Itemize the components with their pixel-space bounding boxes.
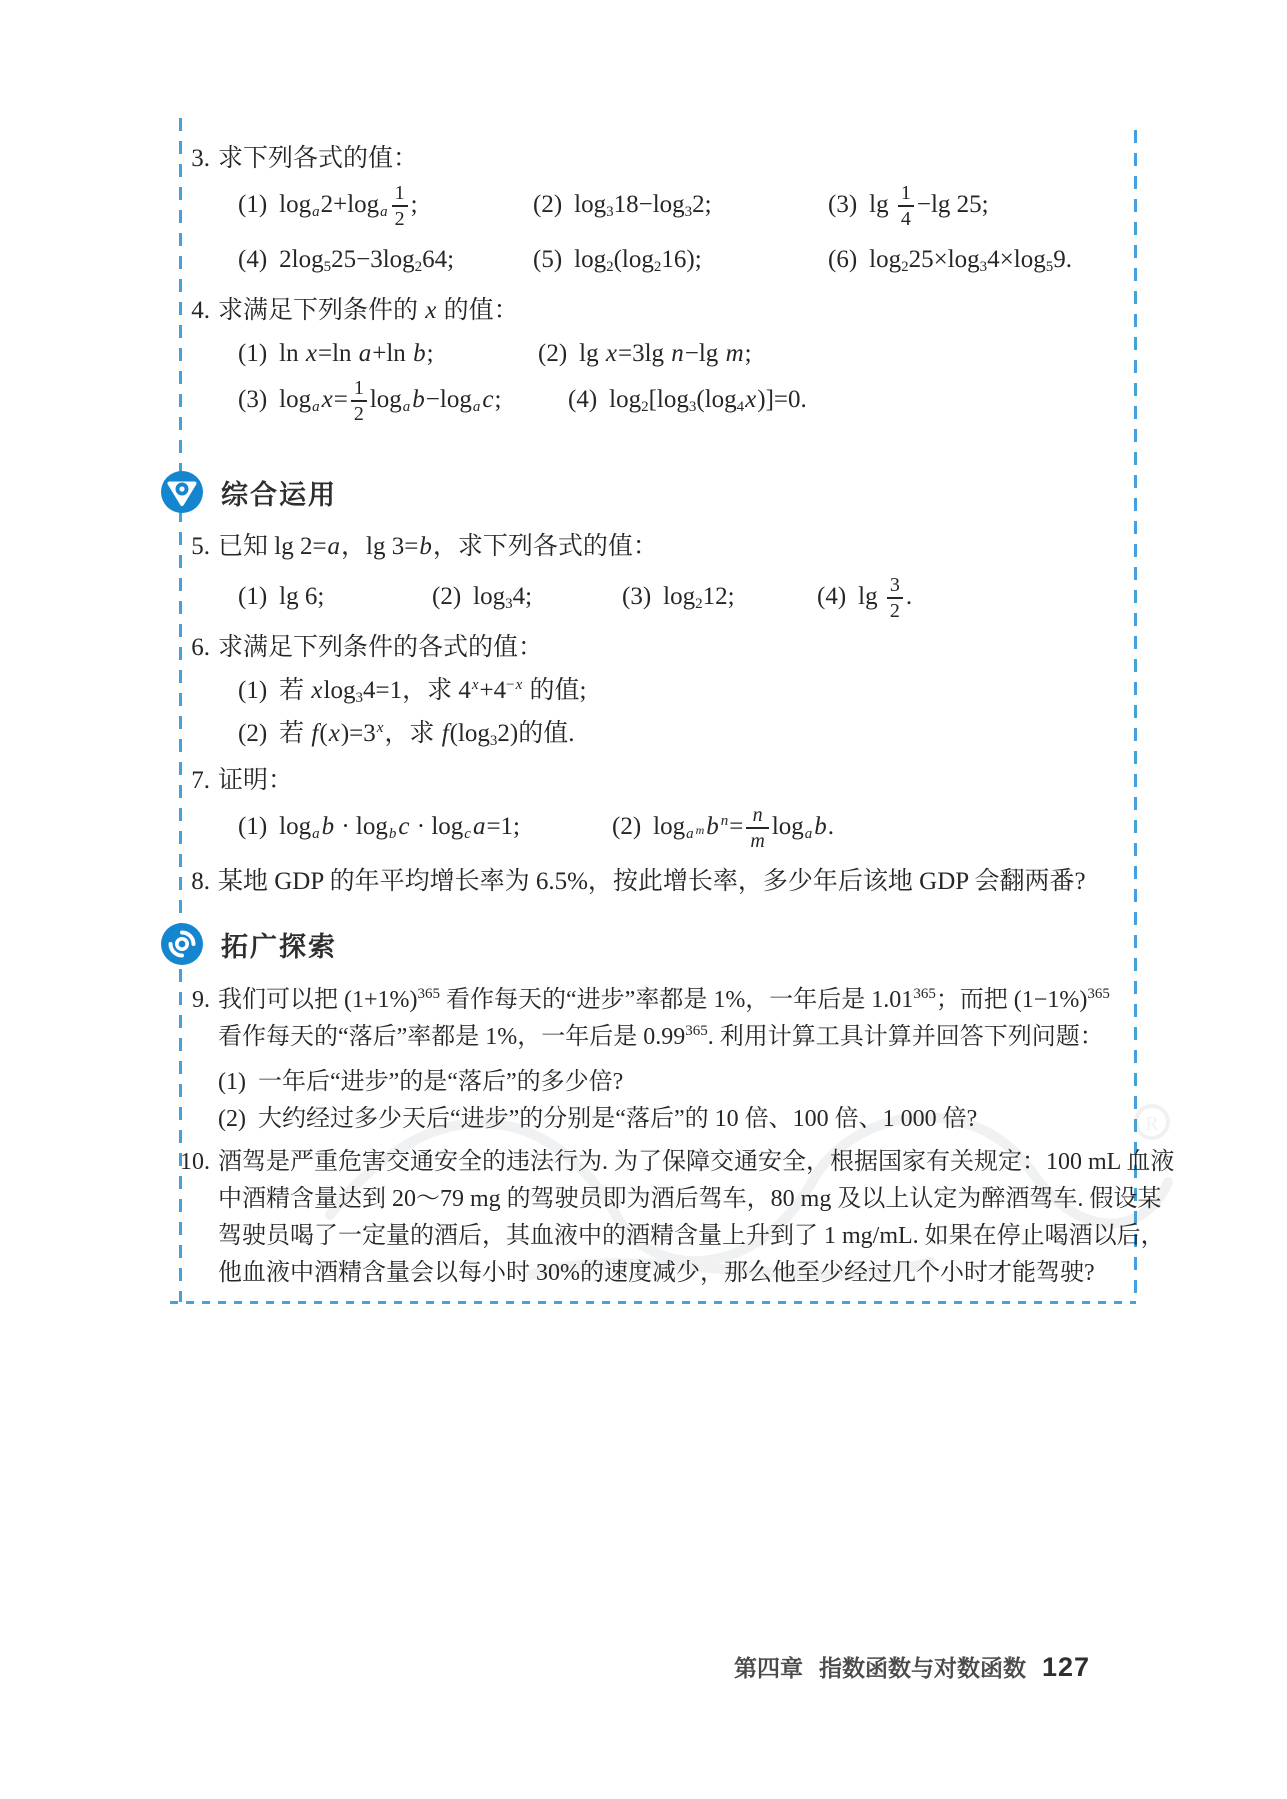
problem-number: 4.: [180, 292, 210, 329]
problem-number: 10.: [180, 1144, 210, 1181]
problem-number: 7.: [180, 762, 210, 799]
item-label: (6): [828, 246, 857, 273]
item-label: (1): [238, 340, 267, 367]
problem-number: 9.: [180, 982, 210, 1019]
item-label: (1): [238, 813, 267, 840]
item-formula: ln x=ln a+ln b;: [279, 340, 433, 367]
item-label: (2): [533, 191, 562, 218]
math-item: (2)lg x=3lg n−lg m;: [538, 335, 752, 372]
item-label: (1): [238, 191, 267, 218]
math-item: (4)lg 32.: [817, 575, 912, 621]
item-formula: log34;: [473, 583, 532, 610]
problem-number: 6.: [180, 629, 210, 666]
item-label: (2): [538, 340, 567, 367]
item-row: (1)ln x=ln a+ln b; (2)lg x=3lg n−lg m;: [218, 335, 1132, 372]
sub-item: (1)若 xlog34=1，求 4x+4−x 的值;: [218, 672, 1132, 709]
item-label: (2): [612, 813, 641, 840]
item-row: (1)logab · logbc · logca=1; (2)logambn=n…: [218, 805, 1132, 851]
problem-text-line: 看作每天的“落后”率都是 1%，一年后是 0.99365. 利用计算工具计算并回…: [218, 1019, 1132, 1056]
math-item: (3)logax=12logab−logac;: [238, 378, 568, 424]
item-text: 大约经过多少天后“进步”的分别是“落后”的 10 倍、100 倍、1 000 倍…: [258, 1106, 977, 1132]
sub-item: (2)大约经过多少天后“进步”的分别是“落后”的 10 倍、100 倍、1 00…: [218, 1101, 1132, 1138]
math-item: (3)lg 14−lg 25;: [828, 183, 989, 229]
dashed-border-bottom: [170, 1301, 1136, 1304]
page-footer: 第四章 指数函数与对数函数 127: [734, 1650, 1090, 1683]
item-label: (4): [817, 583, 846, 610]
problem-7: 7. 证明： (1)logab · logbc · logca=1; (2)lo…: [180, 762, 1132, 851]
item-label: (1): [218, 1069, 246, 1095]
problem-text-line: 他血液中酒精含量会以每小时 30%的速度减少，那么他至少经过几个小时才能驾驶?: [218, 1255, 1132, 1292]
section-title: 综合运用: [221, 473, 337, 512]
textbook-page: R 3. 求下列各式的值： (1)loga2+loga12; (2)log318…: [0, 0, 1287, 1799]
item-row: (1)loga2+loga12; (2)log318−log32; (3)lg …: [218, 183, 1132, 229]
problem-4: 4. 求满足下列条件的 x 的值： (1)ln x=ln a+ln b; (2)…: [180, 292, 1132, 424]
sub-item: (2)若 f(x)=3x，求 f(log32)的值.: [218, 715, 1132, 752]
item-label: (5): [533, 246, 562, 273]
page-number: 127: [1042, 1652, 1090, 1683]
sub-item: (1)一年后“进步”的是“落后”的多少倍?: [218, 1064, 1132, 1101]
item-formula: log318−log32;: [574, 191, 711, 218]
item-label: (2): [238, 720, 267, 747]
item-formula: logax=12logab−logac;: [279, 386, 501, 413]
swirl-icon: [160, 922, 204, 966]
item-formula: lg x=3lg n−lg m;: [579, 340, 751, 367]
section-review-problems: 3. 求下列各式的值： (1)loga2+loga12; (2)log318−l…: [180, 140, 1132, 424]
item-row: (3)logax=12logab−logac; (4)log2[log3(log…: [218, 378, 1132, 424]
svg-text:R: R: [1145, 1113, 1159, 1135]
item-formula: lg 32.: [858, 583, 912, 610]
problem-title: 证明：: [218, 767, 293, 794]
item-label: (4): [238, 246, 267, 273]
problem-title: 求满足下列条件的 x 的值：: [218, 297, 519, 324]
section-explore-problems: 9. 我们可以把 (1+1%)365 看作每天的“进步”率都是 1%，一年后是 …: [180, 982, 1132, 1292]
section-title: 拓广探索: [221, 925, 337, 964]
item-label: (1): [238, 677, 267, 704]
section-header-explore: 拓广探索: [160, 922, 337, 966]
math-item: (1)ln x=ln a+ln b;: [238, 335, 538, 372]
footer-section-title: 指数函数与对数函数: [819, 1650, 1026, 1683]
item-row: (1)lg 6; (2)log34; (3)log212; (4)lg 32.: [218, 575, 1132, 621]
math-item: (5)log2(log216);: [533, 241, 828, 278]
item-formula: lg 14−lg 25;: [869, 191, 988, 218]
item-formula: logab · logbc · logca=1;: [279, 813, 520, 840]
item-row: (4)2log525−3log264; (5)log2(log216); (6)…: [218, 241, 1132, 278]
item-label: (2): [432, 583, 461, 610]
item-formula: log2[log3(log4x)]=0.: [609, 386, 807, 413]
problem-text-line: 中酒精含量达到 20～79 mg 的驾驶员即为酒后驾车，80 mg 及以上认定为…: [218, 1181, 1132, 1218]
problem-text-line: 酒驾是严重危害交通安全的违法行为. 为了保障交通安全，根据国家有关规定：100 …: [218, 1144, 1132, 1181]
footer-chapter: 第四章: [734, 1650, 803, 1683]
item-formula: 若 f(x)=3x，求 f(log32)的值.: [279, 720, 574, 747]
problem-text-line: 驾驶员喝了一定量的酒后，其血液中的酒精含量上升到了 1 mg/mL. 如果在停止…: [218, 1218, 1132, 1255]
math-item: (2)log318−log32;: [533, 186, 828, 223]
problem-title: 求满足下列条件的各式的值：: [218, 634, 543, 661]
item-label: (3): [828, 191, 857, 218]
math-item: (1)logab · logbc · logca=1;: [238, 808, 612, 845]
problem-8: 8. 某地 GDP 的年平均增长率为 6.5%，按此增长率，多少年后该地 GDP…: [180, 863, 1132, 900]
item-formula: log225×log34×log59.: [869, 246, 1072, 273]
section-header-comprehensive: 综合运用: [160, 470, 337, 514]
item-formula: 2log525−3log264;: [279, 246, 454, 273]
item-formula: loga2+loga12;: [279, 191, 417, 218]
problem-number: 5.: [180, 528, 210, 565]
item-text: 一年后“进步”的是“落后”的多少倍?: [258, 1069, 623, 1095]
problem-9: 9. 我们可以把 (1+1%)365 看作每天的“进步”率都是 1%，一年后是 …: [180, 982, 1132, 1138]
item-label: (4): [568, 386, 597, 413]
math-item: (1)loga2+loga12;: [238, 183, 533, 229]
problem-title: 求下列各式的值：: [218, 145, 418, 172]
math-item: (1)lg 6;: [238, 578, 432, 615]
item-label: (3): [238, 386, 267, 413]
item-formula: lg 6;: [279, 583, 324, 610]
problem-10: 10. 酒驾是严重危害交通安全的违法行为. 为了保障交通安全，根据国家有关规定：…: [180, 1144, 1132, 1292]
math-item: (2)logambn=nmlogab.: [612, 805, 834, 851]
problem-title: 已知 lg 2=a，lg 3=b，求下列各式的值：: [218, 533, 658, 560]
problem-text-line: 我们可以把 (1+1%)365 看作每天的“进步”率都是 1%，一年后是 1.0…: [218, 982, 1132, 1019]
dashed-border-right: [1134, 130, 1137, 1302]
section-comprehensive-problems: 5. 已知 lg 2=a，lg 3=b，求下列各式的值： (1)lg 6; (2…: [180, 528, 1132, 900]
item-formula: log2(log216);: [574, 246, 702, 273]
problem-number: 3.: [180, 140, 210, 177]
problem-3: 3. 求下列各式的值： (1)loga2+loga12; (2)log318−l…: [180, 140, 1132, 278]
problem-6: 6. 求满足下列条件的各式的值： (1)若 xlog34=1，求 4x+4−x …: [180, 629, 1132, 752]
problem-5: 5. 已知 lg 2=a，lg 3=b，求下列各式的值： (1)lg 6; (2…: [180, 528, 1132, 621]
item-label: (2): [218, 1106, 246, 1132]
item-formula: log212;: [663, 583, 734, 610]
math-item: (6)log225×log34×log59.: [828, 241, 1072, 278]
math-item: (2)log34;: [432, 578, 622, 615]
math-item: (3)log212;: [622, 578, 817, 615]
problem-text: 某地 GDP 的年平均增长率为 6.5%，按此增长率，多少年后该地 GDP 会翻…: [218, 868, 1086, 895]
problem-number: 8.: [180, 863, 210, 900]
math-item: (4)log2[log3(log4x)]=0.: [568, 381, 807, 418]
disc-triangle-icon: [160, 470, 204, 514]
item-label: (1): [238, 583, 267, 610]
math-item: (4)2log525−3log264;: [238, 241, 533, 278]
item-formula: logambn=nmlogab.: [653, 813, 834, 840]
item-label: (3): [622, 583, 651, 610]
item-formula: 若 xlog34=1，求 4x+4−x 的值;: [279, 677, 586, 704]
